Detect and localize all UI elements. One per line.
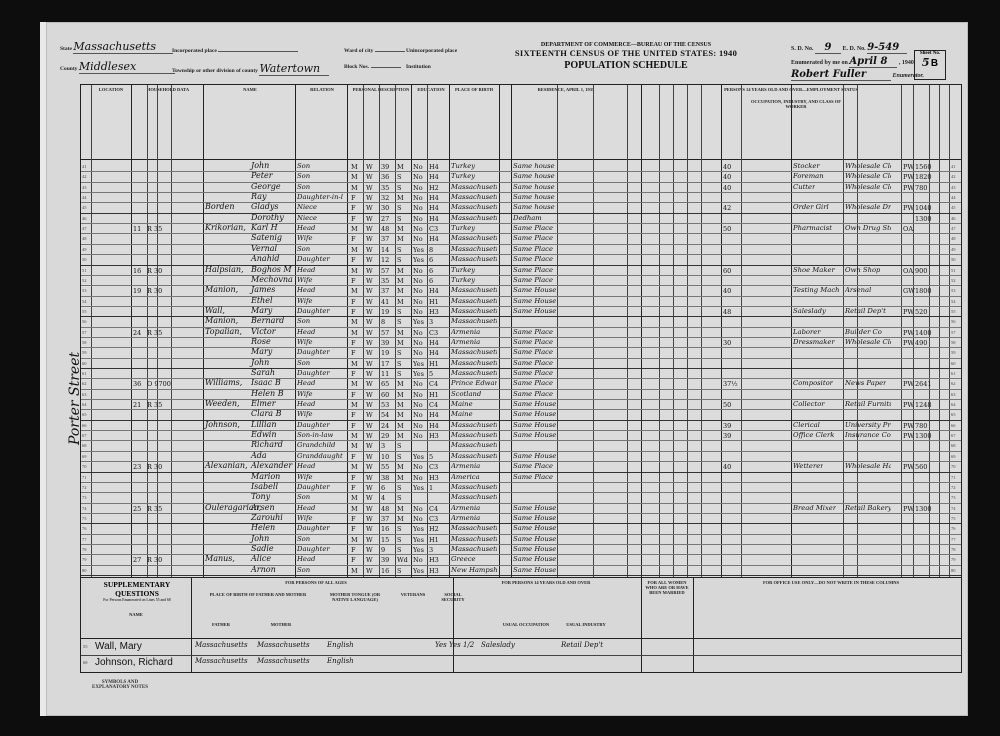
given-name: Satenig: [251, 233, 282, 242]
race: W: [366, 515, 373, 523]
marital-status: S: [397, 349, 401, 357]
line-number: 49: [82, 247, 87, 252]
sex: F: [351, 546, 356, 554]
sex: F: [351, 204, 356, 212]
age: 19: [381, 349, 389, 357]
table-row: 75ZarouhiWifeFW37MNoC3ArmeniaSame House7…: [81, 513, 961, 523]
school-attendance: No: [413, 277, 423, 285]
age: 16: [381, 525, 389, 533]
grade: C3: [429, 515, 438, 523]
table-row: 69AdaGranddaughterFW10SYes5Massachusetts…: [81, 451, 961, 461]
age: 15: [381, 536, 389, 544]
supplementary-row: 55Wall, MaryMassachusettsMassachusettsEn…: [81, 639, 961, 655]
school-attendance: Yes: [413, 318, 424, 326]
relation: Granddaughter: [297, 452, 343, 460]
marital-status: S: [397, 442, 401, 450]
relation: Daughter: [297, 369, 330, 377]
given-name: Edwin: [251, 430, 277, 439]
surname: Manion,: [205, 285, 238, 294]
table-row: 67EdwinSon-in-lawMW29MNoH3MassachusettsS…: [81, 430, 961, 440]
grade: H1: [429, 391, 439, 399]
race: W: [366, 525, 373, 533]
worker-class: OA: [903, 225, 913, 233]
marital-status: M: [397, 163, 404, 171]
ward-label: Ward of city: [344, 48, 373, 54]
race: W: [366, 277, 373, 285]
supp-name: Wall, Mary: [95, 641, 142, 652]
marital-status: S: [397, 256, 401, 264]
line-number: 51: [82, 268, 87, 273]
residence-1935: Same House: [513, 514, 556, 522]
school-attendance: Yes: [413, 256, 424, 264]
age: 48: [381, 505, 389, 513]
table-row: 7927R 30Manus,AliceHeadFW39WdNoH3GreeceS…: [81, 554, 961, 564]
school-attendance: Yes: [413, 246, 424, 254]
race: W: [366, 463, 373, 471]
house-number: 25: [133, 505, 141, 513]
race: W: [366, 163, 373, 171]
occupation: Shoe Maker: [793, 266, 835, 274]
school-attendance: No: [413, 267, 423, 275]
birthplace: Massachusetts: [451, 493, 497, 501]
grade: H2: [429, 525, 439, 533]
school-attendance: No: [413, 556, 423, 564]
table-row: 49VernalSonMW14SYes8MassachusettsSame Pl…: [81, 244, 961, 254]
given-name: Arnon: [251, 565, 276, 574]
race: W: [366, 308, 373, 316]
home-value: R 30: [147, 267, 162, 275]
residence-1935: Same House: [513, 297, 556, 305]
header-relation: RELATION: [297, 87, 347, 92]
marital-status: S: [397, 246, 401, 254]
line-number: 46: [82, 216, 87, 221]
line-number-right: 66: [951, 423, 956, 428]
residence-1935: Same house: [513, 162, 555, 170]
age: 19: [381, 308, 389, 316]
given-name: Mary: [251, 347, 272, 356]
worker-class: PW: [903, 173, 914, 181]
school-attendance: No: [413, 184, 423, 192]
district-info: S. D. No. 9 E. D. No. 9-549 Enumerated b…: [791, 42, 924, 81]
school-attendance: Yes: [413, 370, 424, 378]
residence-1935: Same Place: [513, 234, 553, 242]
table-row: 5724R 35Topalian,VictorHeadMW57MNoC3Arme…: [81, 327, 961, 337]
marital-status: M: [397, 194, 404, 202]
grade: H4: [429, 422, 439, 430]
age: 16: [381, 567, 389, 575]
age: 54: [381, 411, 389, 419]
line-number-right: 56: [951, 319, 956, 324]
race: W: [366, 339, 373, 347]
residence-1935: Same House: [513, 566, 556, 574]
line-number: 72: [82, 485, 87, 490]
home-value: R 35: [147, 225, 162, 233]
line-number-right: 46: [951, 216, 956, 221]
relation: Niece: [297, 203, 317, 211]
line-number-right: 52: [951, 278, 956, 283]
table-row: 43GeorgeSonMW35SNoH2MassachusettsSame ho…: [81, 182, 961, 192]
age: 3: [381, 442, 385, 450]
supp-over14: FOR PERSONS 14 YEARS OLD AND OVER: [481, 580, 611, 585]
given-name: George: [251, 182, 281, 191]
given-name: Isaac B: [251, 378, 281, 387]
industry: Wholesale Clothing: [845, 172, 891, 180]
sex: M: [351, 246, 358, 254]
worker-class: PW: [903, 184, 914, 192]
county-value: Middlesex: [79, 60, 175, 74]
given-name: John: [251, 534, 269, 543]
marital-status: M: [397, 287, 404, 295]
line-number-right: 55: [951, 309, 956, 314]
birthplace: Massachusetts: [451, 369, 497, 377]
hours-worked: 40: [723, 287, 731, 295]
race: W: [366, 422, 373, 430]
given-name: John: [251, 358, 269, 367]
school-attendance: No: [413, 235, 423, 243]
sex: F: [351, 194, 356, 202]
birthplace: Turkey: [451, 276, 475, 284]
home-value: R 30: [147, 556, 162, 564]
marital-status: S: [397, 370, 401, 378]
sex: F: [351, 525, 356, 533]
grade: H3: [429, 474, 439, 482]
race: W: [366, 267, 373, 275]
relation: Head: [297, 555, 315, 563]
age: 57: [381, 267, 389, 275]
table-row: 78SadieDaughterFW9SYes3MassachusettsSame…: [81, 544, 961, 554]
line-number-right: 72: [951, 485, 956, 490]
sex: M: [351, 536, 358, 544]
industry: Wholesale Clothing: [845, 338, 891, 346]
line-number: 76: [82, 526, 87, 531]
relation: Head: [297, 328, 315, 336]
residence-1935: Same House: [513, 431, 556, 439]
line-number-right: 73: [951, 495, 956, 500]
hours-worked: 37½: [723, 380, 738, 388]
line-number-right: 77: [951, 537, 956, 542]
residence-1935: Same House: [513, 545, 556, 553]
sex: F: [351, 308, 356, 316]
sex: F: [351, 484, 356, 492]
marital-status: S: [397, 360, 401, 368]
marital-status: M: [397, 391, 404, 399]
relation: Wife: [297, 390, 313, 398]
worker-class: PW: [903, 432, 914, 440]
unincorporated-label: Unincorporated place: [406, 48, 457, 54]
sex: F: [351, 422, 356, 430]
table-row: 65Clara BWifeFW54MNoH4MaineSame House65: [81, 409, 961, 419]
marital-status: S: [397, 525, 401, 533]
supp-ss-header: SOCIAL SECURITY: [433, 592, 473, 602]
house-number: 36: [133, 380, 141, 388]
census-title: SIXTEENTH CENSUS OF THE UNITED STATES: 1…: [466, 48, 786, 58]
surname: Topalian,: [205, 327, 242, 336]
sheet-side: B: [931, 58, 938, 69]
grade: 5: [429, 370, 433, 378]
marital-status: M: [397, 422, 404, 430]
race: W: [366, 536, 373, 544]
industry: University Press: [845, 421, 891, 429]
given-name: Mary: [251, 306, 272, 315]
surname: Krikorian,: [205, 223, 246, 232]
age: 37: [381, 515, 389, 523]
given-name: Vernal: [251, 244, 277, 253]
wage-income: 1300: [915, 432, 932, 440]
line-number-right: 78: [951, 547, 956, 552]
school-attendance: No: [413, 173, 423, 181]
relation: Son: [297, 162, 310, 170]
table-row: 80ArnonSonMW16SYesH3New HampshireSame Ho…: [81, 565, 961, 575]
industry: Arsenal: [845, 286, 871, 294]
given-name: Marion: [251, 472, 280, 481]
worker-class: PW: [903, 339, 914, 347]
grade: H4: [429, 163, 439, 171]
table-row: 76HelenDaughterFW16SYesH2MassachusettsSa…: [81, 523, 961, 533]
supp-mother: Massachusetts: [257, 641, 310, 649]
grade: H1: [429, 298, 439, 306]
table-row: 46DorothyNieceFW27SNoH4MassachusettsDedh…: [81, 213, 961, 223]
sex: F: [351, 349, 356, 357]
township-value: Watertown: [259, 62, 329, 76]
birthplace: Massachusetts: [451, 524, 497, 532]
marital-status: M: [397, 515, 404, 523]
birthplace: Armenia: [451, 328, 480, 336]
school-attendance: Yes: [413, 525, 424, 533]
school-attendance: No: [413, 432, 423, 440]
relation: Head: [297, 379, 315, 387]
school-attendance: No: [413, 401, 423, 409]
table-row: 42PeterSonMW36SNoH4TurkeySame house40For…: [81, 171, 961, 181]
line-number-right: 68: [951, 443, 956, 448]
grade: C4: [429, 505, 438, 513]
occupation: Cutter: [793, 183, 815, 191]
relation: Wife: [297, 276, 313, 284]
residence-1935: Same House: [513, 535, 556, 543]
hours-worked: 60: [723, 267, 731, 275]
age: 48: [381, 225, 389, 233]
relation: Head: [297, 286, 315, 294]
line-number: 74: [82, 506, 87, 511]
industry: Wholesale Drug: [845, 203, 891, 211]
given-name: Sadie: [251, 544, 274, 553]
age: 41: [381, 298, 389, 306]
birthplace: Maine: [451, 400, 473, 408]
line-number: 75: [82, 516, 87, 521]
table-row: 6236O 9700Williams,Isaac BHeadMW65MNoC4P…: [81, 378, 961, 388]
grade: H2: [429, 184, 439, 192]
given-name: Peter: [251, 171, 273, 180]
birthplace: Massachusetts: [451, 255, 497, 263]
house-number: 19: [133, 287, 141, 295]
race: W: [366, 453, 373, 461]
race: W: [366, 484, 373, 492]
line-number-right: 80: [951, 568, 956, 573]
line-number-right: 42: [951, 174, 956, 179]
enumerator-name: Robert Fuller: [791, 69, 891, 81]
marital-status: M: [397, 505, 404, 513]
given-name: Tony: [251, 492, 270, 501]
table-row: 48SatenigWifeFW37MNoH4MassachusettsSame …: [81, 233, 961, 243]
sex: M: [351, 432, 358, 440]
line-number: 52: [82, 278, 87, 283]
industry: Wholesale Clothing: [845, 183, 891, 191]
line-number-right: 65: [951, 412, 956, 417]
wage-income: 900: [915, 267, 927, 275]
line-number-right: 48: [951, 236, 956, 241]
birthplace: Scotland: [451, 390, 481, 398]
street-name: Porter Street: [67, 352, 83, 445]
header-personal: PERSONAL DESCRIPTION: [351, 87, 411, 92]
marital-status: M: [397, 380, 404, 388]
relation: Daughter: [297, 348, 330, 356]
race: W: [366, 432, 373, 440]
residence-1935: Same house: [513, 193, 555, 201]
supp-tongue: English: [327, 641, 354, 649]
sex: F: [351, 370, 356, 378]
race: W: [366, 318, 373, 326]
given-name: Gladys: [251, 202, 278, 211]
state-label: State: [60, 46, 72, 52]
sex: M: [351, 329, 358, 337]
grade: 8: [429, 246, 433, 254]
table-row: 54EthelWifeFW41MNoH1MassachusettsSame Ho…: [81, 296, 961, 306]
school-attendance: Yes: [413, 453, 424, 461]
table-row: 66Johnson,LillianDaughterFW24MNoH4Massac…: [81, 420, 961, 430]
supp-parents-header: PLACE OF BIRTH OF FATHER AND MOTHER: [193, 592, 323, 597]
surname: Manus,: [205, 554, 235, 563]
supp-father: Massachusetts: [195, 641, 248, 649]
line-number-right: 75: [951, 516, 956, 521]
supplementary-subtitle: For Persons Enumerated on Lines 55 and 6…: [87, 598, 187, 602]
age: 30: [381, 204, 389, 212]
marital-status: M: [397, 474, 404, 482]
marital-status: M: [397, 411, 404, 419]
race: W: [366, 556, 373, 564]
birthplace: Massachusetts: [451, 421, 497, 429]
race: W: [366, 380, 373, 388]
marital-status: S: [397, 204, 401, 212]
table-row: 60JohnSonMW17SYesH1MassachusettsSame Pla…: [81, 358, 961, 368]
table-row: 7425R 35Ouleragarian,ArsenHeadMW48MNoC4A…: [81, 503, 961, 513]
line-number-right: 61: [951, 371, 956, 376]
residence-1935: Same Place: [513, 369, 553, 377]
surname: Halpsian,: [205, 265, 244, 274]
supp-veterans-header: VETERANS: [393, 592, 433, 597]
given-name: Ada: [251, 451, 267, 460]
marital-status: Wd: [397, 556, 408, 564]
birthplace: Massachusetts: [451, 193, 497, 201]
wage-income: 2641: [915, 380, 932, 388]
line-number: 45: [82, 205, 87, 210]
relation: Niece: [297, 214, 317, 222]
industry: News Paper: [845, 379, 886, 387]
line-number: 44: [82, 195, 87, 200]
year-suffix: , 1940.: [899, 60, 916, 66]
header-location-fields: State Massachusetts County Middlesex Inc…: [54, 34, 474, 84]
birthplace: Massachusetts: [451, 286, 497, 294]
line-number-right: 76: [951, 526, 956, 531]
school-attendance: No: [413, 515, 423, 523]
sheet-number-box: Sheet No. 5 B: [914, 50, 946, 80]
race: W: [366, 204, 373, 212]
sex: F: [351, 298, 356, 306]
relation: Son: [297, 183, 310, 191]
occupation: Office Clerk: [793, 431, 834, 439]
wage-income: 560: [915, 463, 927, 471]
explanatory-notes: SYMBOLS AND EXPLANATORY NOTES: [80, 672, 960, 712]
relation: Head: [297, 462, 315, 470]
marital-status: S: [397, 308, 401, 316]
supp-line: 55: [83, 644, 88, 649]
sex: M: [351, 463, 358, 471]
school-attendance: No: [413, 391, 423, 399]
residence-1935: Same Place: [513, 266, 553, 274]
line-number-right: 59: [951, 350, 956, 355]
age: 39: [381, 556, 389, 564]
supp-usual-ind: Retail Dep't: [561, 641, 603, 649]
hours-worked: 40: [723, 463, 731, 471]
race: W: [366, 256, 373, 264]
table-row: 52MechovnaWifeFW35MNo6TurkeySame Place52: [81, 275, 961, 285]
house-number: 11: [133, 225, 141, 233]
residence-1935: Same Place: [513, 255, 553, 263]
given-name: Helen: [251, 523, 275, 532]
header-household: HOUSEHOLD DATA: [133, 87, 203, 92]
line-number-right: 60: [951, 361, 956, 366]
wage-income: 1820: [915, 173, 932, 181]
line-number: 80: [82, 568, 87, 573]
relation: Daughter-in-law: [297, 193, 343, 201]
race: W: [366, 494, 373, 502]
marital-status: S: [397, 494, 401, 502]
supp-line: 68: [83, 660, 88, 665]
industry: Wholesale Clothing: [845, 162, 891, 170]
line-number-right: 63: [951, 392, 956, 397]
relation: Head: [297, 400, 315, 408]
line-number-right: 62: [951, 381, 956, 386]
hours-worked: 48: [723, 308, 731, 316]
table-row: 6421R 35Weeden,ElmerHeadMW53MNoC4MaineSa…: [81, 399, 961, 409]
sex: F: [351, 556, 356, 564]
given-name: Isabell: [251, 482, 278, 491]
age: 37: [381, 287, 389, 295]
line-number: 71: [82, 475, 87, 480]
sex: M: [351, 163, 358, 171]
sex: F: [351, 474, 356, 482]
school-attendance: No: [413, 463, 423, 471]
ed-label: E. D. No.: [843, 46, 866, 52]
county-label: County: [60, 66, 77, 72]
line-number: 55: [82, 309, 87, 314]
given-name: Anahid: [251, 254, 280, 263]
line-number: 54: [82, 299, 87, 304]
race: W: [366, 474, 373, 482]
race: W: [366, 391, 373, 399]
relation: Head: [297, 504, 315, 512]
wage-income: 1040: [915, 204, 932, 212]
grade: H4: [429, 339, 439, 347]
line-number: 73: [82, 495, 87, 500]
residence-1935: Same Place: [513, 473, 553, 481]
relation: Grandchild: [297, 441, 335, 449]
marital-status: M: [397, 432, 404, 440]
supplementary-title: SUPPLEMENTARY QUESTIONS: [87, 580, 187, 598]
supp-ss1: Yes: [435, 641, 447, 649]
school-attendance: No: [413, 411, 423, 419]
residence-1935: Same House: [513, 286, 556, 294]
given-name: Sarah: [251, 368, 275, 377]
relation: Son-in-law: [297, 431, 333, 439]
